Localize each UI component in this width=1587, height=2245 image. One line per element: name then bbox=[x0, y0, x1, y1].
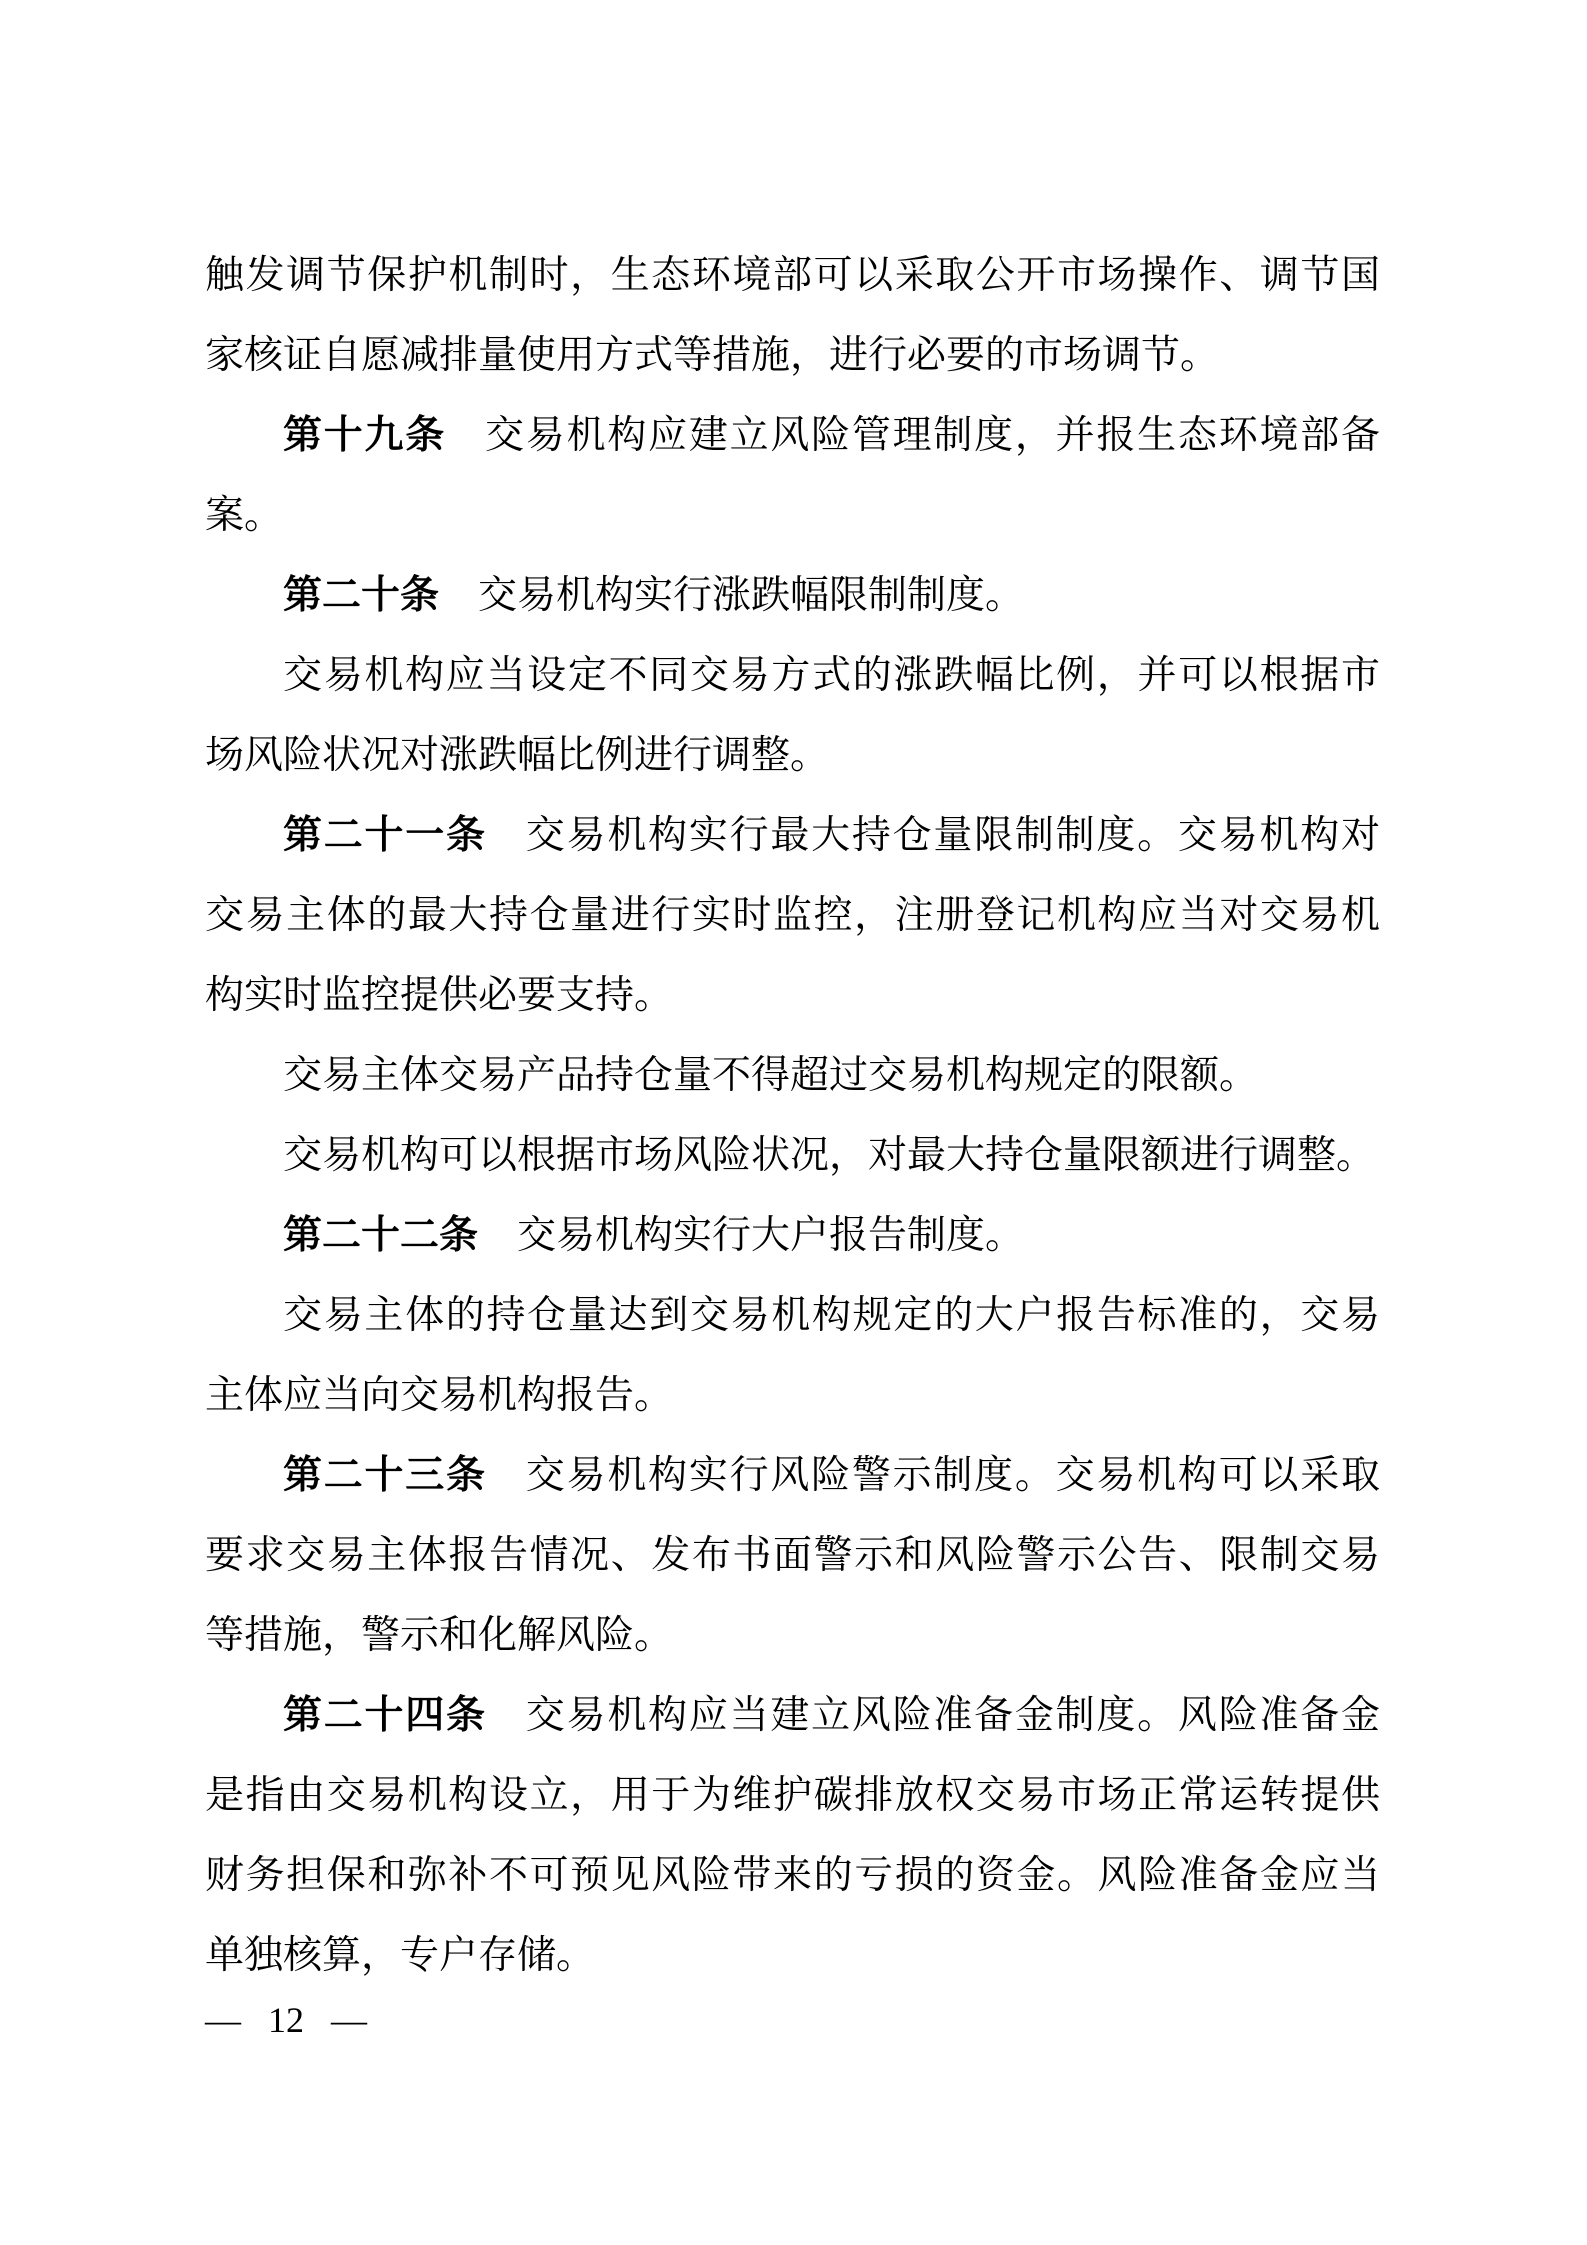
document-line: 构实时监控提供必要支持。 bbox=[205, 956, 1380, 1036]
document-line: 财务担保和弥补不可预见风险带来的亏损的资金。风险准备金应当 bbox=[205, 1836, 1380, 1916]
line-text: 案。 bbox=[205, 494, 283, 537]
line-text: 构实时监控提供必要支持。 bbox=[205, 974, 673, 1017]
document-line: 第二十三条交易机构实行风险警示制度。交易机构可以采取 bbox=[205, 1436, 1380, 1516]
line-text: 交易机构实行最大持仓量限制制度。交易机构对 bbox=[526, 814, 1380, 857]
document-line: 第二十一条交易机构实行最大持仓量限制制度。交易机构对 bbox=[205, 796, 1380, 876]
document-line: 等措施，警示和化解风险。 bbox=[205, 1596, 1380, 1676]
document-page: 触发调节保护机制时，生态环境部可以采取公开市场操作、调节国家核证自愿减排量使用方… bbox=[0, 0, 1587, 2245]
document-line: 第十九条交易机构应建立风险管理制度，并报生态环境部备 bbox=[205, 396, 1380, 476]
page-number-text: — 12 — bbox=[205, 2000, 367, 2040]
document-line: 家核证自愿减排量使用方式等措施，进行必要的市场调节。 bbox=[205, 316, 1380, 396]
line-text: 交易机构应建立风险管理制度，并报生态环境部备 bbox=[485, 414, 1380, 457]
line-text: 交易机构实行风险警示制度。交易机构可以采取 bbox=[526, 1454, 1380, 1497]
line-text: 交易机构应当设定不同交易方式的涨跌幅比例，并可以根据市 bbox=[283, 654, 1380, 697]
line-text: 单独核算，专户存储。 bbox=[205, 1934, 595, 1977]
article-number: 第二十一条 bbox=[283, 814, 487, 857]
document-line: 是指由交易机构设立，用于为维护碳排放权交易市场正常运转提供 bbox=[205, 1756, 1380, 1836]
line-text: 是指由交易机构设立，用于为维护碳排放权交易市场正常运转提供 bbox=[205, 1774, 1380, 1817]
document-line: 第二十二条交易机构实行大户报告制度。 bbox=[205, 1196, 1380, 1276]
line-text: 交易机构实行涨跌幅限制制度。 bbox=[478, 574, 1024, 617]
line-text: 交易机构实行大户报告制度。 bbox=[517, 1214, 1024, 1257]
document-line: 场风险状况对涨跌幅比例进行调整。 bbox=[205, 716, 1380, 796]
line-text: 场风险状况对涨跌幅比例进行调整。 bbox=[205, 734, 829, 777]
document-line: 要求交易主体报告情况、发布书面警示和风险警示公告、限制交易 bbox=[205, 1516, 1380, 1596]
document-line: 触发调节保护机制时，生态环境部可以采取公开市场操作、调节国 bbox=[205, 236, 1380, 316]
document-body: 触发调节保护机制时，生态环境部可以采取公开市场操作、调节国家核证自愿减排量使用方… bbox=[205, 236, 1380, 1996]
article-number: 第二十四条 bbox=[283, 1694, 487, 1737]
article-number: 第十九条 bbox=[283, 414, 446, 457]
line-text: 交易主体的持仓量达到交易机构规定的大户报告标准的，交易 bbox=[283, 1294, 1380, 1337]
line-text: 交易主体的最大持仓量进行实时监控，注册登记机构应当对交易机 bbox=[205, 894, 1380, 937]
document-line: 主体应当向交易机构报告。 bbox=[205, 1356, 1380, 1436]
line-text: 等措施，警示和化解风险。 bbox=[205, 1614, 673, 1657]
document-line: 第二十四条交易机构应当建立风险准备金制度。风险准备金 bbox=[205, 1676, 1380, 1756]
document-line: 交易主体的持仓量达到交易机构规定的大户报告标准的，交易 bbox=[205, 1276, 1380, 1356]
document-line: 交易主体的最大持仓量进行实时监控，注册登记机构应当对交易机 bbox=[205, 876, 1380, 956]
line-text: 要求交易主体报告情况、发布书面警示和风险警示公告、限制交易 bbox=[205, 1534, 1380, 1577]
line-text: 交易主体交易产品持仓量不得超过交易机构规定的限额。 bbox=[283, 1054, 1258, 1097]
document-line: 案。 bbox=[205, 476, 1380, 556]
document-line: 交易机构可以根据市场风险状况，对最大持仓量限额进行调整。 bbox=[205, 1116, 1380, 1196]
line-text: 家核证自愿减排量使用方式等措施，进行必要的市场调节。 bbox=[205, 334, 1219, 377]
page-number: — 12 — bbox=[205, 2000, 367, 2040]
line-text: 主体应当向交易机构报告。 bbox=[205, 1374, 673, 1417]
line-text: 触发调节保护机制时，生态环境部可以采取公开市场操作、调节国 bbox=[205, 254, 1380, 297]
document-line: 单独核算，专户存储。 bbox=[205, 1916, 1380, 1996]
line-text: 交易机构可以根据市场风险状况，对最大持仓量限额进行调整。 bbox=[283, 1134, 1375, 1177]
article-number: 第二十三条 bbox=[283, 1454, 487, 1497]
line-text: 交易机构应当建立风险准备金制度。风险准备金 bbox=[526, 1694, 1380, 1737]
document-line: 第二十条交易机构实行涨跌幅限制制度。 bbox=[205, 556, 1380, 636]
article-number: 第二十二条 bbox=[283, 1214, 478, 1257]
line-text: 财务担保和弥补不可预见风险带来的亏损的资金。风险准备金应当 bbox=[205, 1854, 1380, 1897]
article-number: 第二十条 bbox=[283, 574, 439, 617]
document-line: 交易机构应当设定不同交易方式的涨跌幅比例，并可以根据市 bbox=[205, 636, 1380, 716]
document-line: 交易主体交易产品持仓量不得超过交易机构规定的限额。 bbox=[205, 1036, 1380, 1116]
